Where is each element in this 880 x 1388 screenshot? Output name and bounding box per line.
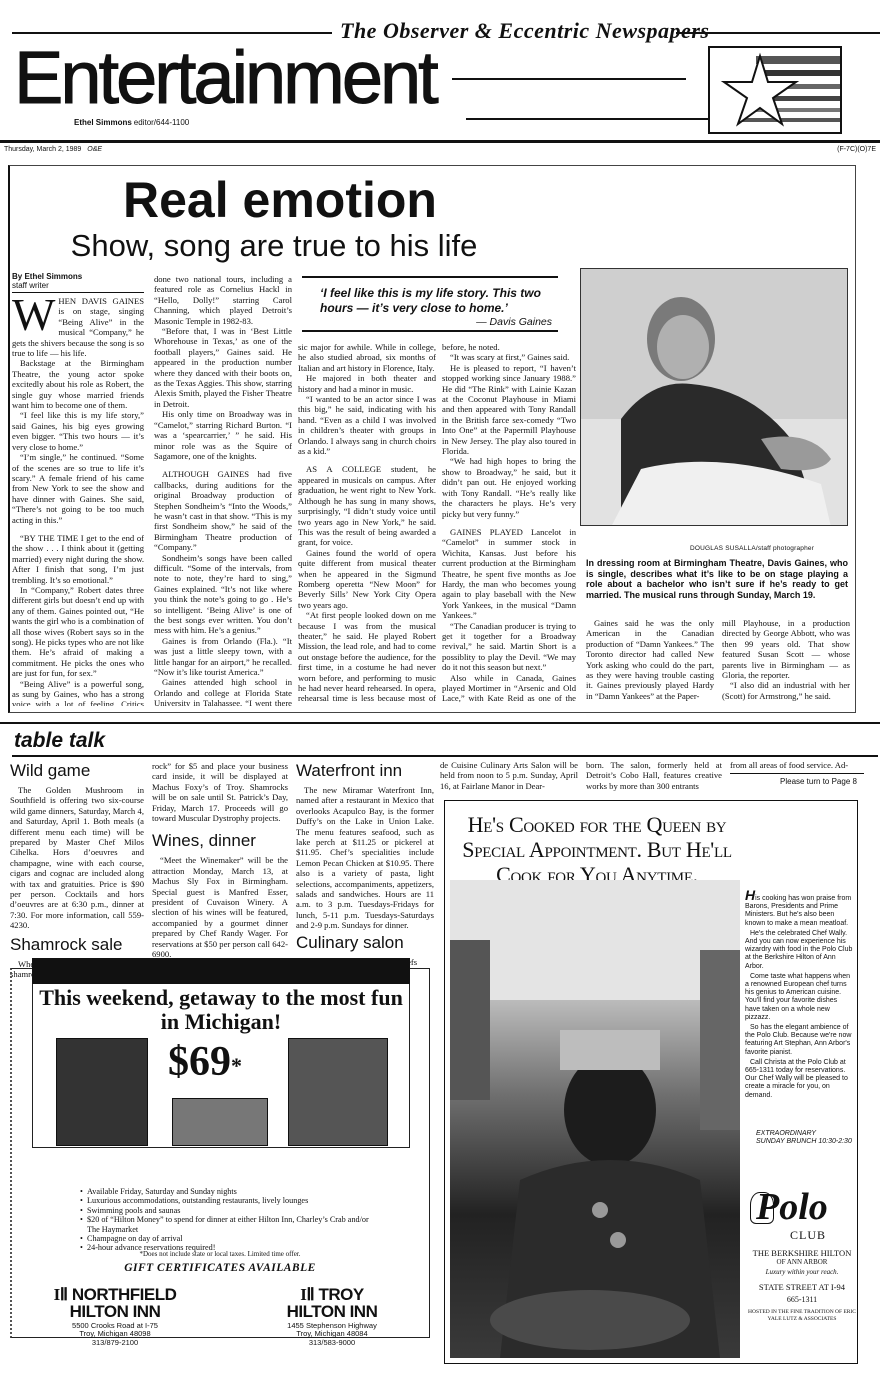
jump-line[interactable]: Please turn to Page 8 <box>780 777 857 786</box>
editor-name: Ethel Simmons <box>74 118 132 127</box>
paragraph: Backstage at the Birmingham Theatre, the… <box>12 358 144 410</box>
waterfront-body: The new Miramar Waterfront Inn, named af… <box>296 785 434 931</box>
bullet-item: Luxurious accommodations, outstanding re… <box>80 1196 380 1205</box>
hotel-tagline: Luxury within your reach. <box>744 1268 860 1276</box>
troy-name-2: HILTON INN <box>272 1303 392 1320</box>
paragraph: “I also did an industrial with her (Scot… <box>722 680 850 701</box>
northfield-name-2: HILTON INN <box>40 1303 190 1320</box>
ad-bullet-list: Available Friday, Saturday and Sunday ni… <box>80 1187 380 1253</box>
wild-game-item: Wild game The Golden Mushroom in Southfi… <box>10 761 144 980</box>
paragraph: “I’m single,” he continued. “Some of the… <box>12 452 144 525</box>
paragraph: AS A COLLEGE student, he appeared in mus… <box>298 464 436 547</box>
shamrock-head: Shamrock sale <box>10 935 144 955</box>
paragraph: “I wanted to be an actor since I was thi… <box>298 394 436 456</box>
bullet-item: Swimming pools and saunas <box>80 1206 380 1215</box>
troy-name: IⅡ TROY <box>272 1286 392 1303</box>
polo-copy-paragraph: So has the elegant ambience of the Polo … <box>745 1024 853 1057</box>
troy-hilton-block: IⅡ TROY HILTON INN 1455 Stephenson Highw… <box>272 1286 392 1347</box>
dateline: Thursday, March 2, 1989 O&E <box>4 146 102 153</box>
paragraph: before, he noted. <box>442 342 576 352</box>
shamrock-body-continued: rock” for $5 and place your business car… <box>152 761 288 823</box>
culinary-continued-2: born. The salon, formerly held at Detroi… <box>586 760 722 791</box>
masthead-rule-left <box>12 32 332 34</box>
polo-copy-paragraph: Come taste what happens when a renowned … <box>745 973 853 1022</box>
story-headline: Real emotion <box>30 172 530 228</box>
story-column-1: WHEN DAVIS GAINES is on stage, singing “… <box>12 296 144 706</box>
byline: By Ethel Simmons staff writer <box>12 272 144 293</box>
paragraph: “I feel like this is my life story,” sai… <box>12 410 144 452</box>
editor-contact: editor/644-1100 <box>134 118 189 127</box>
hotel-address: STATE STREET AT I-94 <box>744 1282 860 1292</box>
section-title: Entertainment <box>14 38 436 118</box>
paragraph: “Before that, I was in ‘Best Little Whor… <box>154 326 292 409</box>
gift-certificates: GIFT CERTIFICATES AVAILABLE <box>80 1262 360 1274</box>
ad-photo-couple <box>56 1038 148 1146</box>
chef-photo-icon <box>450 880 740 1358</box>
edition-text: O&E <box>87 146 102 153</box>
hotel-name: THE BERKSHIRE HILTON <box>744 1248 860 1258</box>
paragraph: In “Company,” Robert dates three differe… <box>12 585 144 679</box>
star-icon <box>710 48 842 134</box>
section-divider <box>0 722 880 724</box>
ad-photo-chef <box>288 1038 388 1146</box>
paragraph: ALTHOUGH GAINES had five callbacks, duri… <box>154 469 292 552</box>
editor-line: Ethel Simmons editor/644-1100 <box>74 118 189 127</box>
masthead-rule-right <box>676 32 880 34</box>
brunch-note: EXTRAORDINARY SUNDAY BRUNCH 10:30-2:30 <box>756 1130 852 1147</box>
byline-title: staff writer <box>12 281 144 290</box>
hotel-location: OF ANN ARBOR <box>744 1258 860 1266</box>
photo-actor-icon <box>581 269 848 526</box>
wild-game-body: The Golden Mushroom in Southfield is off… <box>10 785 144 931</box>
paragraph: GAINES PLAYED Lancelot in “Camelot” in s… <box>442 527 576 621</box>
paragraph: “It was scary at first,” Gaines said. <box>442 352 576 362</box>
paragraph: Also while in Canada, Gaines played Mort… <box>442 673 576 706</box>
paragraph: He is pleased to report, “I haven’t stop… <box>442 363 576 457</box>
pull-quote-text: ‘I feel like this is my life story. This… <box>320 286 552 316</box>
paragraph: He majored in both theater and history a… <box>298 373 436 394</box>
jump-rule <box>730 773 864 774</box>
column-table-talk-2: rock” for $5 and place your business car… <box>152 761 288 960</box>
northfield-name: IⅡ NORTHFIELD <box>40 1286 190 1303</box>
paragraph: Gaines said he was the only American in … <box>586 618 714 701</box>
masthead-bottom-rule <box>0 140 880 143</box>
section-rule-upper <box>452 78 686 80</box>
story-column-2: done two national tours, including a fea… <box>154 274 292 706</box>
pull-quote-attribution: — Davis Gaines <box>320 316 552 328</box>
polo-ad-headline: He's Cooked for the Queen by Special App… <box>452 812 742 887</box>
paragraph: Gaines attended high school in Orlando a… <box>154 677 292 706</box>
paragraph: “We had high hopes to bring the show to … <box>442 456 576 518</box>
ad-disclaimer: *Does not include state or local taxes. … <box>100 1250 340 1258</box>
paragraph: sic major for awhile. While in college, … <box>298 342 436 373</box>
story-column-3: sic major for awhile. While in college, … <box>298 342 436 706</box>
polo-hotel-info: THE BERKSHIRE HILTON OF ANN ARBOR Luxury… <box>744 1248 860 1322</box>
polo-club-label: CLUB <box>790 1228 826 1243</box>
bullet-item: Available Friday, Saturday and Sunday ni… <box>80 1187 380 1196</box>
column-table-talk-3: Waterfront inn The new Miramar Waterfron… <box>296 761 434 967</box>
date-text: Thursday, March 2, 1989 <box>4 146 81 153</box>
culinary-continued-3: from all areas of food service. Ad- <box>730 760 866 770</box>
paragraph: His only time on Broadway was in “Camelo… <box>154 409 292 461</box>
polo-ad-copy: His cooking has won praise from Barons, … <box>745 890 853 1102</box>
paragraph: “The Canadian producer is trying to get … <box>442 621 576 673</box>
paragraph: “BY THE TIME I get to the end of the sho… <box>12 533 144 585</box>
byline-name: By Ethel Simmons <box>12 272 144 281</box>
ad-price: $69* <box>168 1040 242 1084</box>
paragraph: Gaines found the world of opera quite di… <box>298 548 436 610</box>
bullet-item: $20 of “Hilton Money” to spend for dinne… <box>80 1215 380 1234</box>
hilton-logo-icon: IⅡ <box>54 1285 68 1304</box>
photo-credit: DOUGLAS SUSALLA/staff photographer <box>690 545 814 552</box>
polo-copy-paragraph: His cooking has won praise from Barons, … <box>745 890 853 928</box>
table-talk-rule <box>12 755 878 757</box>
northfield-phone: 313/879-2100 <box>40 1339 190 1347</box>
story-subhead: Show, song are true to his life <box>14 228 534 264</box>
paragraph: Gaines is from Orlando (Fla.). “It was j… <box>154 636 292 678</box>
paragraph: “At first people looked down on me becau… <box>298 610 436 706</box>
paragraph: mill Playhouse, in a production directed… <box>722 618 850 680</box>
story-photo <box>580 268 848 526</box>
pull-quote: ‘I feel like this is my life story. This… <box>302 276 558 332</box>
hilton-ad-headline: This weekend, getaway to the most fun in… <box>32 986 410 1034</box>
story-column-6: mill Playhouse, in a production directed… <box>722 618 850 708</box>
table-talk-title: table talk <box>14 729 105 753</box>
star-logo <box>708 46 842 134</box>
northfield-hilton-block: IⅡ NORTHFIELD HILTON INN 5500 Crooks Roa… <box>40 1286 190 1347</box>
waterfront-head: Waterfront inn <box>296 761 434 781</box>
paragraph: Sondheim’s songs have been called diffic… <box>154 553 292 636</box>
paragraph: done two national tours, including a fea… <box>154 274 292 326</box>
story-lead-paragraph: WHEN DAVIS GAINES is on stage, singing “… <box>12 296 144 358</box>
wild-game-head: Wild game <box>10 761 144 781</box>
polo-copy-paragraph: He's the celebrated Chef Wally. And you … <box>745 930 853 971</box>
chef-photo <box>450 880 740 1358</box>
hosted-by: HOSTED IN THE FINE TRADITION OF ERIC YAL… <box>744 1309 860 1322</box>
photo-caption: In dressing room at Birmingham Theatre, … <box>586 558 848 600</box>
polo-copy-paragraph: Call Christa at the Polo Club at 665-131… <box>745 1059 853 1100</box>
culinary-continued-1: de Cuisine Culinary Arts Salon will be h… <box>440 760 578 791</box>
section-rule-lower <box>466 118 708 120</box>
troy-phone: 313/583-9000 <box>272 1339 392 1347</box>
wines-head: Wines, dinner <box>152 831 288 851</box>
bullet-item: Champagne on day of arrival <box>80 1234 380 1243</box>
paragraph: “Being Alive” is a powerful song, as sun… <box>12 679 144 706</box>
story-column-5: Gaines said he was the only American in … <box>586 618 714 708</box>
story-column-4: before, he noted. “It was scary at first… <box>442 342 576 706</box>
page-code: (F-7C)(O)7E <box>837 146 876 153</box>
ad-banner-bar <box>32 958 410 984</box>
polo-logo: Polo <box>756 1185 828 1229</box>
hotel-phone: 665-1311 <box>744 1295 860 1304</box>
wines-body: “Meet the Winemaker” will be the attract… <box>152 855 288 959</box>
drop-cap: W <box>12 296 58 334</box>
culinary-head: Culinary salon <box>296 933 434 953</box>
ad-photo-group <box>172 1098 268 1146</box>
